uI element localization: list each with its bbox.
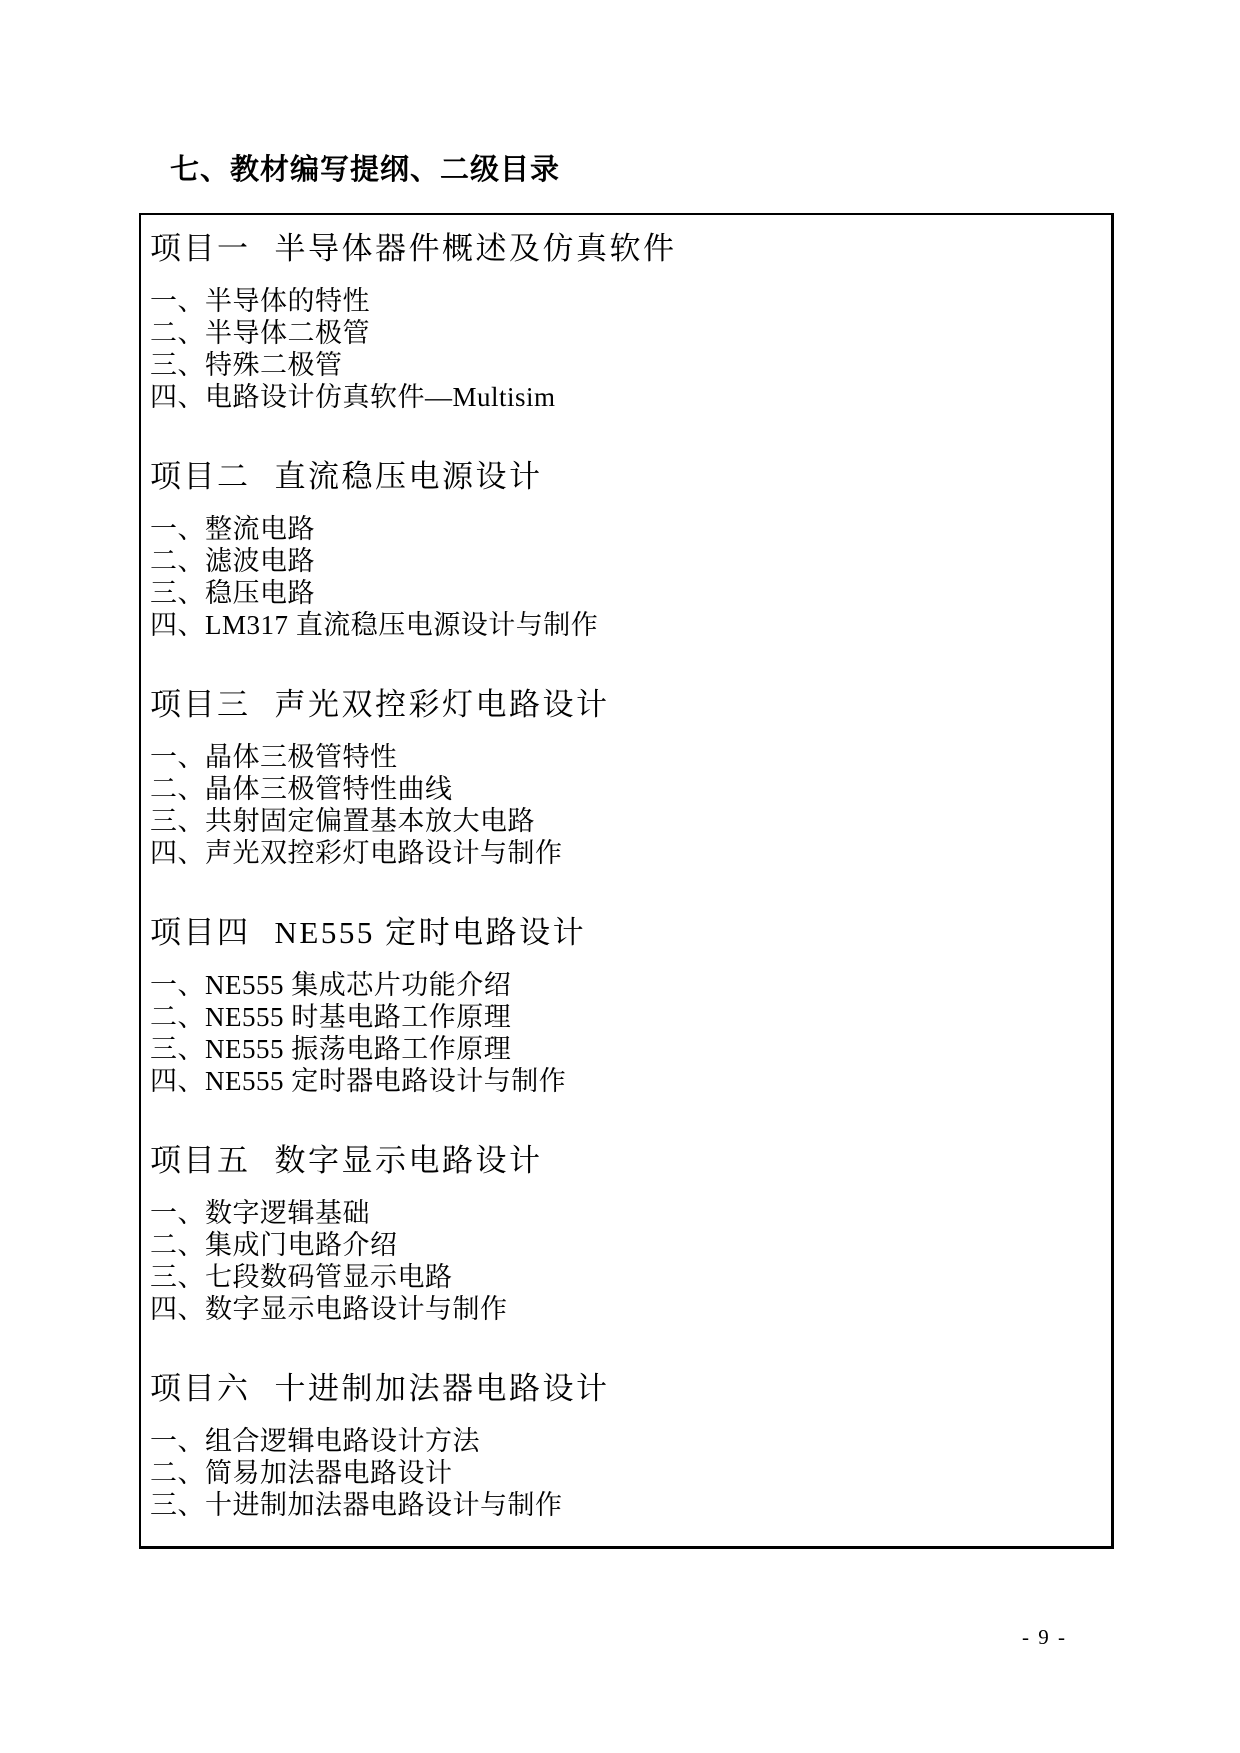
outline-item: 二、NE555 时基电路工作原理 — [150, 1001, 1093, 1033]
outline-section: 项目一半导体器件概述及仿真软件一、半导体的特性二、半导体二极管三、特殊二极管四、… — [150, 229, 1093, 413]
section-title: NE555 定时电路设计 — [275, 913, 587, 953]
page-number: - 9 - — [1022, 1624, 1067, 1650]
section-heading: 项目二直流稳压电源设计 — [150, 457, 1093, 497]
outline-item: 四、电路设计仿真软件—Multisim — [150, 381, 1093, 413]
section-items: 一、整流电路二、滤波电路三、稳压电路四、LM317 直流稳压电源设计与制作 — [150, 513, 1093, 641]
outline-item: 三、共射固定偏置基本放大电路 — [150, 805, 1093, 837]
section-heading: 项目四NE555 定时电路设计 — [150, 913, 1093, 953]
outline-section: 项目三声光双控彩灯电路设计一、晶体三极管特性二、晶体三极管特性曲线三、共射固定偏… — [150, 685, 1093, 869]
section-items: 一、数字逻辑基础二、集成门电路介绍三、七段数码管显示电路四、数字显示电路设计与制… — [150, 1197, 1093, 1325]
outline-item: 二、集成门电路介绍 — [150, 1229, 1093, 1261]
outline-item: 三、特殊二极管 — [150, 349, 1093, 381]
section-title: 半导体器件概述及仿真软件 — [275, 229, 677, 269]
outline-item: 四、NE555 定时器电路设计与制作 — [150, 1065, 1093, 1097]
outline-item: 一、半导体的特性 — [150, 285, 1093, 317]
outline-item: 三、NE555 振荡电路工作原理 — [150, 1033, 1093, 1065]
outline-item: 四、LM317 直流稳压电源设计与制作 — [150, 609, 1093, 641]
outline-section: 项目二直流稳压电源设计一、整流电路二、滤波电路三、稳压电路四、LM317 直流稳… — [150, 457, 1093, 641]
outline-section: 项目五数字显示电路设计一、数字逻辑基础二、集成门电路介绍三、七段数码管显示电路四… — [150, 1141, 1093, 1325]
outline-item: 二、滤波电路 — [150, 545, 1093, 577]
section-title: 声光双控彩灯电路设计 — [275, 685, 610, 725]
section-title: 直流稳压电源设计 — [275, 457, 543, 497]
outline-item: 三、七段数码管显示电路 — [150, 1261, 1093, 1293]
outline-item: 二、半导体二极管 — [150, 317, 1093, 349]
outline-item: 三、稳压电路 — [150, 577, 1093, 609]
section-items: 一、NE555 集成芯片功能介绍二、NE555 时基电路工作原理三、NE555 … — [150, 969, 1093, 1097]
outline-item: 二、晶体三极管特性曲线 — [150, 773, 1093, 805]
outline-box: 项目一半导体器件概述及仿真软件一、半导体的特性二、半导体二极管三、特殊二极管四、… — [139, 213, 1114, 1549]
outline-item: 三、十进制加法器电路设计与制作 — [150, 1489, 1093, 1521]
section-title: 数字显示电路设计 — [275, 1141, 543, 1181]
outline-item: 二、简易加法器电路设计 — [150, 1457, 1093, 1489]
section-heading: 项目三声光双控彩灯电路设计 — [150, 685, 1093, 725]
section-number: 项目二 — [150, 457, 251, 497]
section-heading: 项目一半导体器件概述及仿真软件 — [150, 229, 1093, 269]
section-number: 项目三 — [150, 685, 251, 725]
section-title: 十进制加法器电路设计 — [275, 1369, 610, 1409]
section-number: 项目四 — [150, 913, 251, 953]
section-items: 一、组合逻辑电路设计方法二、简易加法器电路设计三、十进制加法器电路设计与制作 — [150, 1425, 1093, 1521]
section-items: 一、晶体三极管特性二、晶体三极管特性曲线三、共射固定偏置基本放大电路四、声光双控… — [150, 741, 1093, 869]
section-heading: 项目五数字显示电路设计 — [150, 1141, 1093, 1181]
page-title: 七、教材编写提纲、二级目录 — [170, 152, 560, 188]
outline-section: 项目四NE555 定时电路设计一、NE555 集成芯片功能介绍二、NE555 时… — [150, 913, 1093, 1097]
outline-item: 一、整流电路 — [150, 513, 1093, 545]
outline-item: 一、组合逻辑电路设计方法 — [150, 1425, 1093, 1457]
outline-item: 一、晶体三极管特性 — [150, 741, 1093, 773]
section-items: 一、半导体的特性二、半导体二极管三、特殊二极管四、电路设计仿真软件—Multis… — [150, 285, 1093, 413]
outline-item: 四、数字显示电路设计与制作 — [150, 1293, 1093, 1325]
outline-section: 项目六十进制加法器电路设计一、组合逻辑电路设计方法二、简易加法器电路设计三、十进… — [150, 1369, 1093, 1521]
section-number: 项目五 — [150, 1141, 251, 1181]
outline-item: 一、NE555 集成芯片功能介绍 — [150, 969, 1093, 1001]
section-heading: 项目六十进制加法器电路设计 — [150, 1369, 1093, 1409]
section-number: 项目六 — [150, 1369, 251, 1409]
outline-item: 四、声光双控彩灯电路设计与制作 — [150, 837, 1093, 869]
section-number: 项目一 — [150, 229, 251, 269]
outline-item: 一、数字逻辑基础 — [150, 1197, 1093, 1229]
